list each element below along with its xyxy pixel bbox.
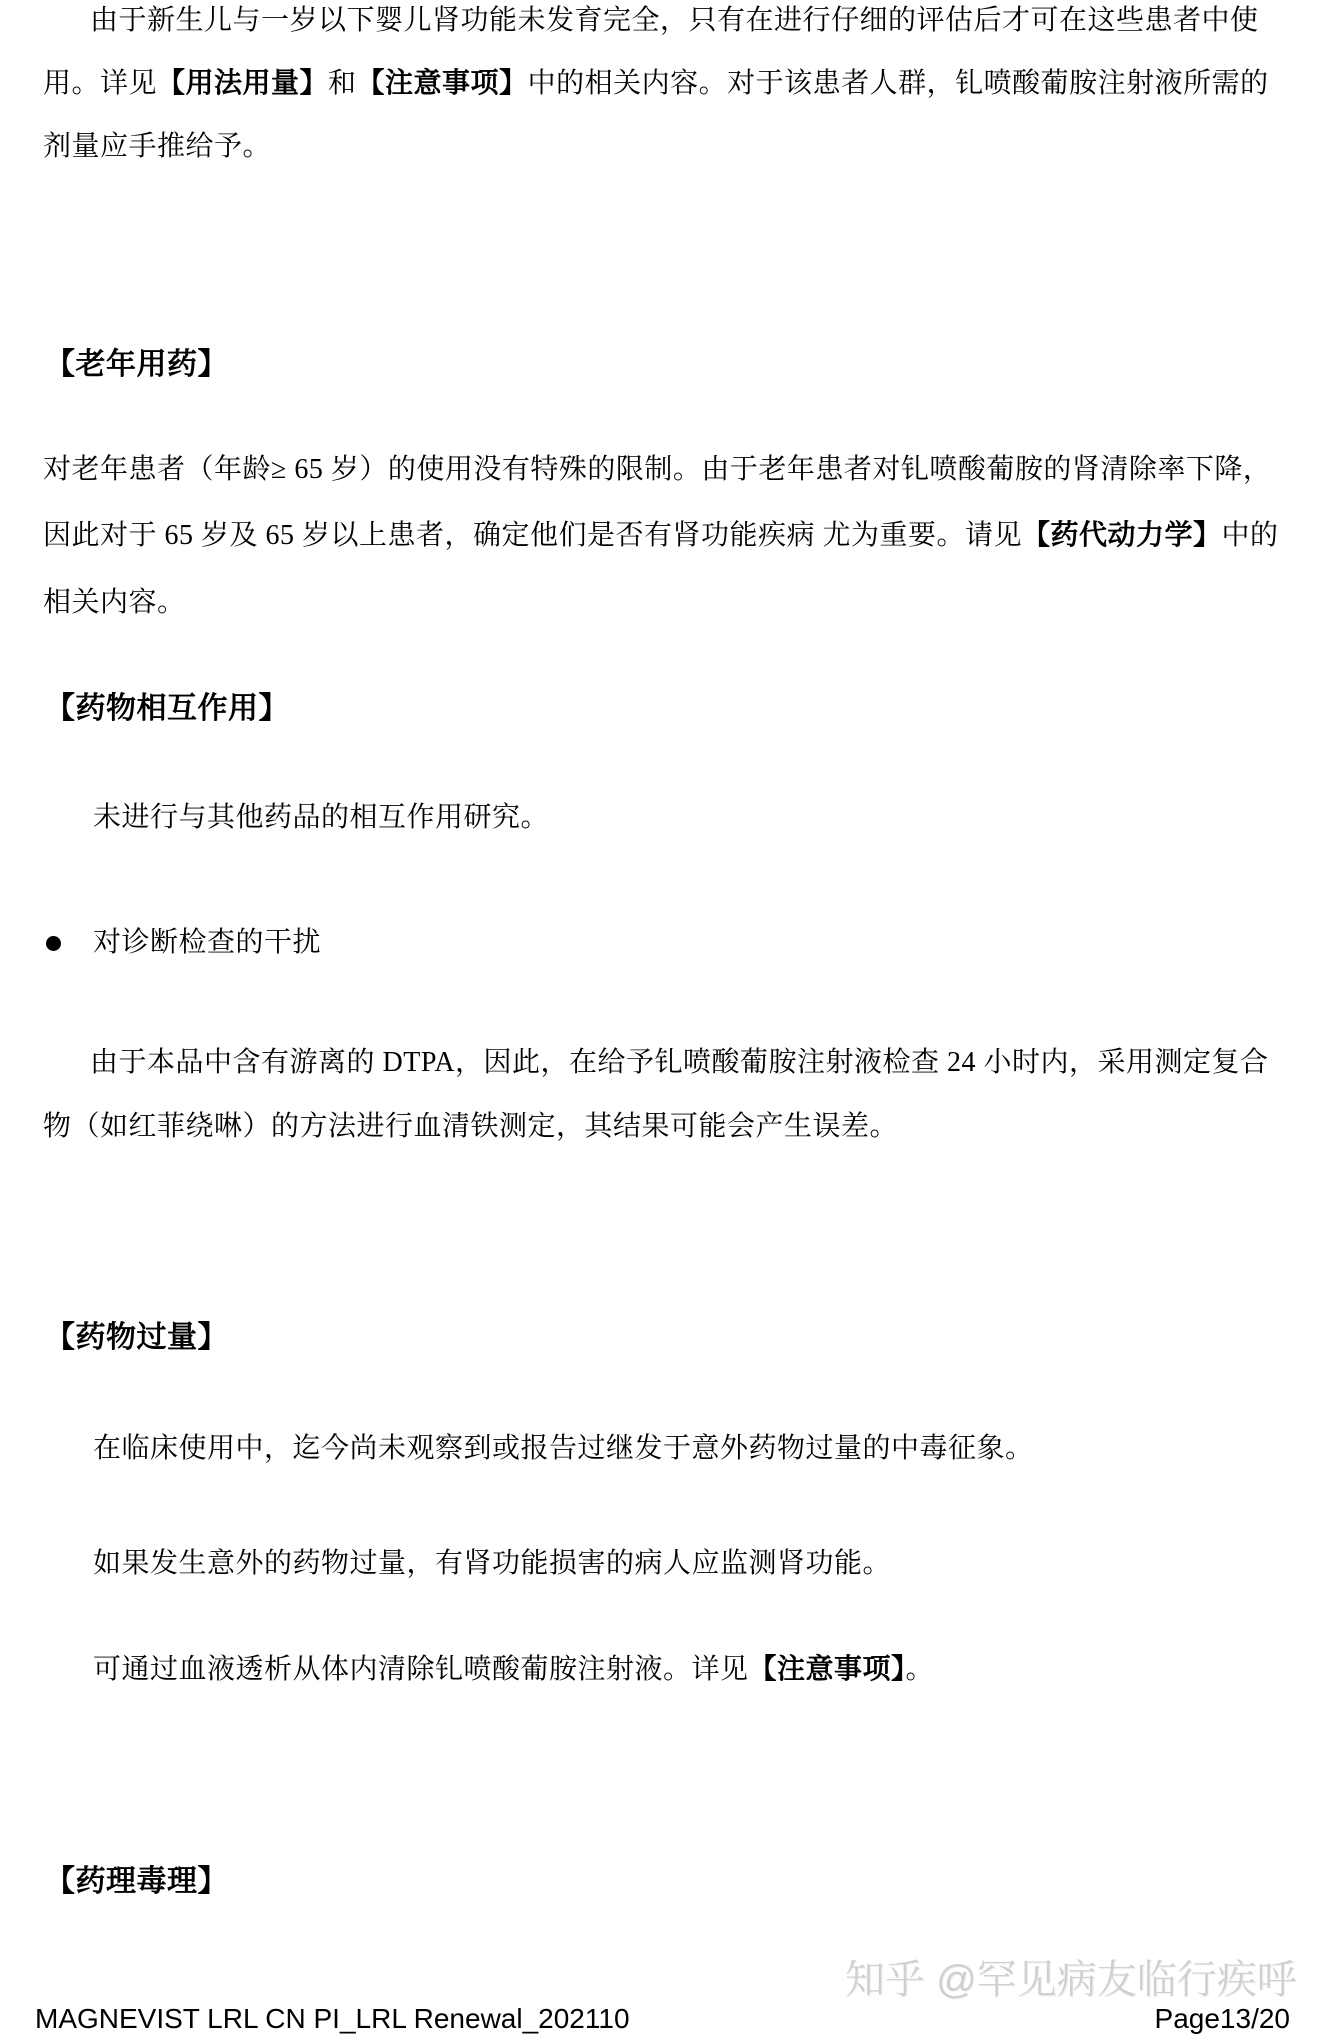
footer-document-id: MAGNEVIST LRL CN PI_LRL Renewal_202110 [35,2003,630,2035]
section-heading-drug-interactions: 【药物相互作用】 [45,691,289,727]
text-segment: 。 [906,1654,935,1685]
paragraph-geriatric-line-1: 对老年患者（年龄≥ 65 岁）的使用没有特殊的限制。由于老年患者对钆喷酸葡胺的肾… [43,453,1271,487]
paragraph-geriatric-line-3: 相关内容。 [43,586,186,620]
paragraph-dtpa-line-1: 由于本品中含有游离的 DTPA，因此，在给予钆喷酸葡胺注射液检查 24 小时内，… [90,1046,1269,1080]
section-reference: 【药代动力学】 [1022,520,1222,551]
text-segment: 中的相关内容。对于该患者人群，钆喷酸葡胺注射液所需的 [528,68,1269,99]
paragraph-pediatric-line-2: 用。详见【用法用量】和【注意事项】中的相关内容。对于该患者人群，钆喷酸葡胺注射液… [43,67,1269,101]
bullet-icon [46,936,61,951]
section-reference: 【用法用量】 [157,68,328,99]
paragraph-overdose-2: 如果发生意外的药物过量，有肾功能损害的病人应监测肾功能。 [93,1547,891,1581]
paragraph-dtpa-line-2: 物（如红菲绕啉）的方法进行血清铁测定，其结果可能会产生误差。 [43,1110,898,1144]
paragraph-overdose-3: 可通过血液透析从体内清除钆喷酸葡胺注射液。详见【注意事项】。 [93,1653,934,1687]
section-heading-pharmacology-toxicology: 【药理毒理】 [45,1864,228,1900]
zhihu-watermark: 知乎 @罕见病友临行疾呼 [845,1958,1297,2002]
text-segment: 和 [328,68,357,99]
document-page: 由于新生儿与一岁以下婴儿肾功能未发育完全，只有在进行仔细的评估后才可在这些患者中… [0,0,1317,2042]
text-segment: 可通过血液透析从体内清除钆喷酸葡胺注射液。详见 [93,1654,749,1685]
paragraph-overdose-1: 在临床使用中，迄今尚未观察到或报告过继发于意外药物过量的中毒征象。 [93,1432,1034,1466]
paragraph-pediatric-line-1: 由于新生儿与一岁以下婴儿肾功能未发育完全，只有在进行仔细的评估后才可在这些患者中… [90,4,1259,38]
paragraph-geriatric-line-2: 因此对于 65 岁及 65 岁以上患者，确定他们是否有肾功能疾病 尤为重要。请见… [43,519,1279,553]
section-reference: 【注意事项】 [357,68,528,99]
text-segment: 因此对于 65 岁及 65 岁以上患者，确定他们是否有肾功能疾病 尤为重要。请见 [43,520,1022,551]
bullet-item-diagnostic-interference: 对诊断检查的干扰 [93,926,321,960]
paragraph-pediatric-line-3: 剂量应手推给予。 [43,130,271,164]
section-reference: 【注意事项】 [749,1654,906,1685]
text-segment: 用。详见 [43,68,157,99]
footer-page-number: Page13/20 [1155,2003,1290,2035]
paragraph-no-interaction-studies: 未进行与其他药品的相互作用研究。 [93,801,549,835]
text-segment: 中的 [1222,520,1279,551]
section-heading-overdose: 【药物过量】 [45,1320,228,1356]
section-heading-geriatric-use: 【老年用药】 [45,347,228,383]
